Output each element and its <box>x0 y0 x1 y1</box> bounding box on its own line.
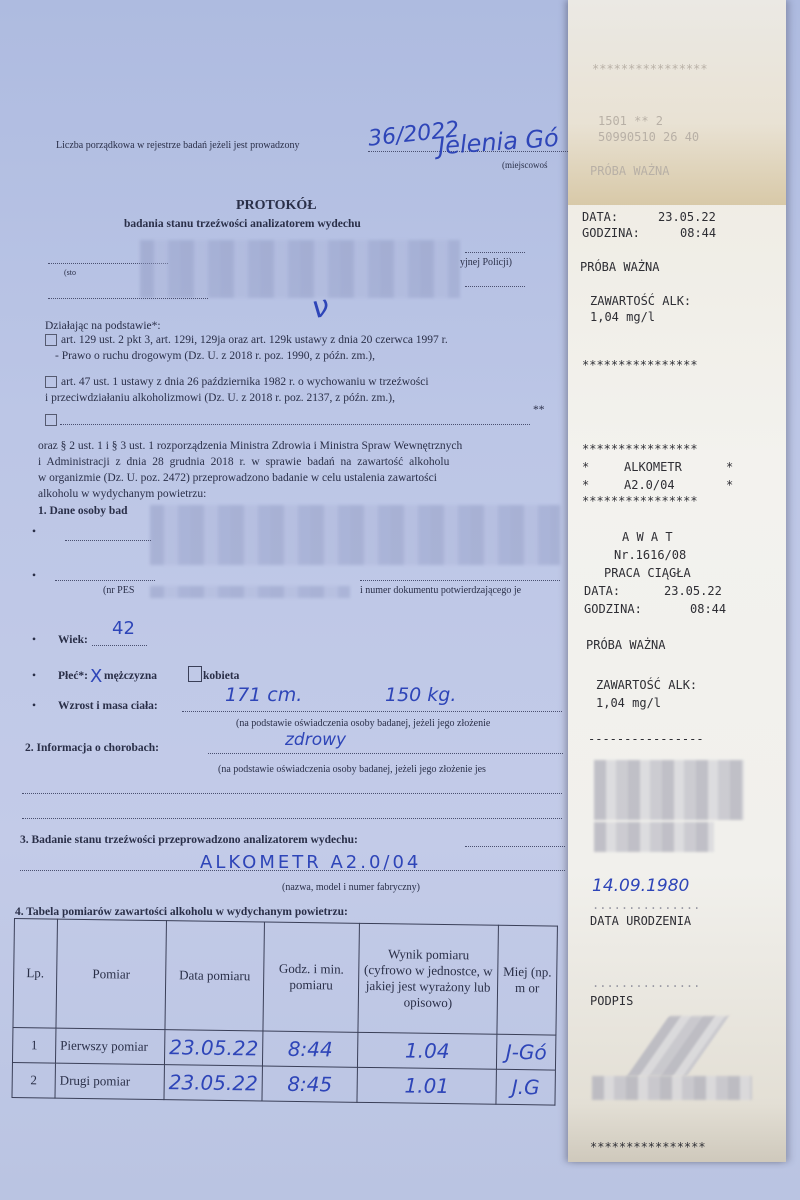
cell-data: 23.05.22 <box>164 1030 263 1066</box>
sex-male-checkbox[interactable]: X <box>90 666 102 687</box>
cell-wynik: 1.01 <box>357 1067 496 1104</box>
cell-pomiar: Pierwszy pomiar <box>55 1028 164 1065</box>
redacted-pesel <box>150 586 350 598</box>
unit-caption: yjnej Policji) <box>460 257 512 268</box>
page-title: PROTOKÓŁ <box>236 198 317 214</box>
redacted-unit <box>140 240 460 298</box>
section-1-heading: 1. Dane osoby bad <box>38 505 127 517</box>
disease-info-value: zdrowy <box>285 730 346 750</box>
birth-date-value: 14.09.1980 <box>592 876 689 896</box>
page-subtitle: badania stanu trzeźwości analizatorem wy… <box>124 218 361 230</box>
print1-status: PRÓBA WAŻNA <box>580 260 659 274</box>
birth-date-label: DATA URODZENIA <box>590 914 691 928</box>
signature-label: PODPIS <box>590 994 633 1008</box>
basis-checkbox-2[interactable] <box>45 376 57 388</box>
device-model: A2.0/04 <box>624 478 675 492</box>
section-4-heading: 4. Tabela pomiarów zawartości alkoholu w… <box>15 906 348 918</box>
cell-godz: 8:44 <box>263 1031 358 1067</box>
print1-date: 23.05.22 <box>658 210 716 224</box>
device-mode: PRACA CIĄGŁA <box>604 566 691 580</box>
redacted-receipt-data <box>594 760 744 820</box>
cell-lp: 2 <box>12 1062 55 1098</box>
print2-alcohol-content: 1,04 mg/l <box>596 696 661 710</box>
measurements-table: Lp. Pomiar Data pomiaru Godz. i min. pom… <box>11 918 558 1106</box>
weight-value: 150 kg. <box>385 684 456 706</box>
section-3-heading: 3. Badanie stanu trzeźwości przeprowadzo… <box>20 834 358 846</box>
print1-alcohol-content: 1,04 mg/l <box>590 310 655 324</box>
basis-checkbox-3[interactable] <box>45 414 57 426</box>
age-label: Wiek: <box>58 634 88 646</box>
height-weight-label: Wzrost i masa ciała: <box>58 700 158 712</box>
cell-wynik: 1.04 <box>358 1032 497 1069</box>
breathalyzer-printout: **************** 1501 ** 2 50990510 26 4… <box>568 0 786 1162</box>
redacted-person-data <box>150 505 560 565</box>
device-brand: A W A T <box>622 530 673 544</box>
print2-time: 08:44 <box>690 602 726 616</box>
redacted-signature <box>627 1016 729 1076</box>
register-label: Liczba porządkowa w rejestrze badań jeże… <box>56 140 300 151</box>
basis-checkbox-1[interactable] <box>45 334 57 346</box>
cell-godz: 8:45 <box>262 1066 357 1102</box>
device-serial: Nr.1616/08 <box>614 548 686 562</box>
analyzer-value: ALKOMETR A2.0/04 <box>200 852 421 873</box>
cell-miejsce: J.G <box>496 1069 555 1105</box>
cell-miejsce: J-Gó <box>496 1034 555 1070</box>
print1-time: 08:44 <box>680 226 716 240</box>
age-value: 42 <box>112 618 135 639</box>
section-2-heading: 2. Informacja o chorobach: <box>25 742 159 754</box>
cell-pomiar: Drugi pomiar <box>55 1063 164 1100</box>
sex-label: Płeć*: <box>58 670 88 682</box>
cell-lp: 1 <box>12 1027 55 1063</box>
table-row: 2Drugi pomiar23.05.228:451.01J.G <box>12 1062 555 1105</box>
legal-basis-heading: Działając na podstawie*: <box>45 320 161 332</box>
print2-date: 23.05.22 <box>664 584 722 598</box>
height-value: 171 cm. <box>225 684 302 706</box>
sex-female-checkbox[interactable] <box>188 666 202 682</box>
device-name: ALKOMETR <box>624 460 682 474</box>
place-caption: (miejscowoś <box>502 160 548 170</box>
print2-status: PRÓBA WAŻNA <box>586 638 665 652</box>
cell-data: 23.05.22 <box>164 1065 263 1101</box>
